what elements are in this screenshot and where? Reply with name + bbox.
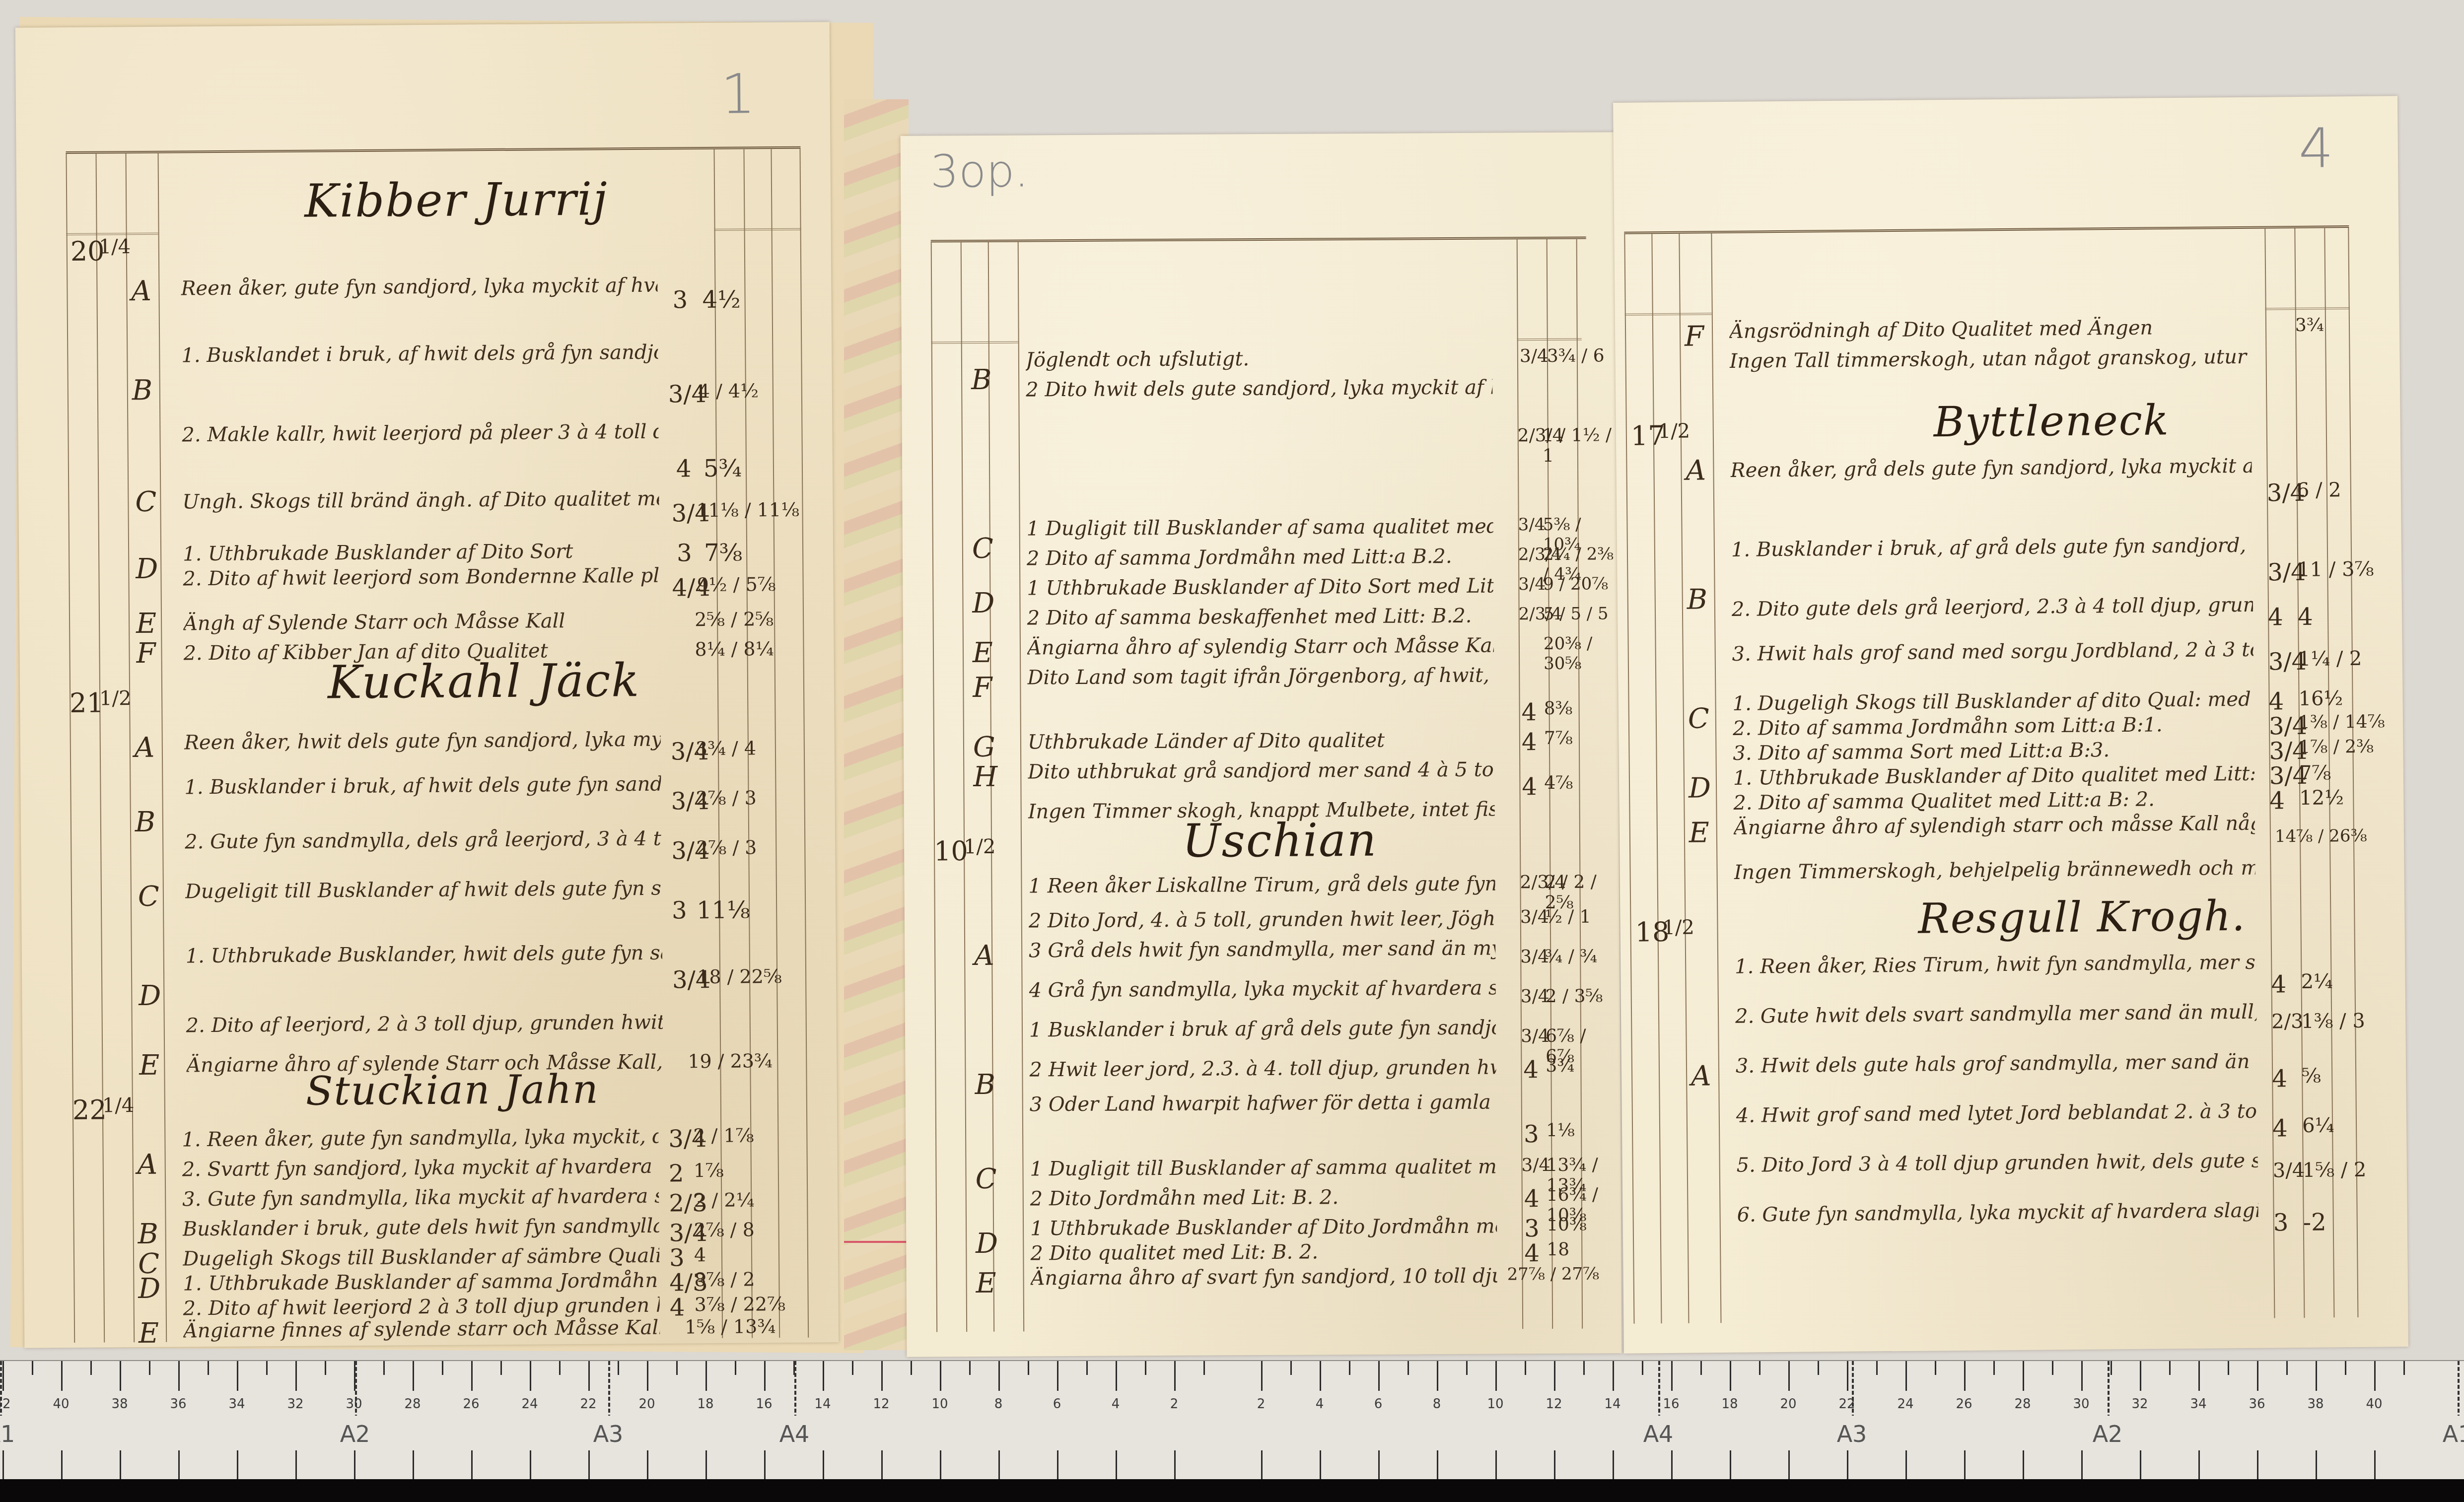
entry-text: 1 Dugligit till Busklander af samma qual… — [1030, 1156, 1496, 1181]
paper-size-mark — [1658, 1361, 1660, 1416]
entry-text: 2 Hwit leer jord, 2.3. à 4. toll djup, g… — [1029, 1056, 1496, 1082]
ruler-tick — [1905, 1361, 1907, 1391]
ruler-tick-label: 4 — [1112, 1397, 1120, 1412]
entry-text: 1 Reen åker Liskallne Tirum, grå dels gu… — [1028, 873, 1495, 898]
ruler-tick — [559, 1361, 561, 1375]
ruler-tick-label: 16 — [756, 1397, 772, 1412]
area-value: 4½ — [702, 286, 740, 314]
ledger-page-middle: 3op. B Jöglendt och ufslutigt. 3/4 3¾ / … — [901, 132, 1622, 1357]
ruler-tick — [705, 1361, 707, 1391]
area-value: 18 — [1547, 1239, 1569, 1260]
litt-letter: A — [1691, 1060, 1711, 1092]
ruler-tick — [1290, 1361, 1292, 1375]
ruler-tick-label: 8 — [994, 1397, 1003, 1412]
ruler-tick — [32, 1361, 33, 1375]
area-value: 10⅜ — [1547, 1215, 1587, 1235]
area-value: 3¾ / 4 — [696, 737, 756, 759]
ruler-tick-label: 30 — [346, 1397, 362, 1412]
ruler-tick — [2198, 1361, 2200, 1391]
paper-size-label: A4 — [779, 1421, 810, 1447]
ruler-tick — [1935, 1361, 1936, 1375]
grade-value: 4 — [2272, 1114, 2288, 1142]
area-value: 4 — [694, 1244, 706, 1266]
ruler-tick — [266, 1361, 268, 1375]
ruler-tick — [1261, 1450, 1263, 1480]
paper-size-mark — [1852, 1361, 1854, 1416]
area-value: 11⅛ — [697, 896, 750, 924]
ruler-tick — [1057, 1361, 1058, 1391]
litt-letter: D — [972, 587, 994, 619]
ruler-tick — [1525, 1361, 1526, 1375]
grade-value: 3 — [672, 286, 688, 314]
paper-size-label: A3 — [1837, 1421, 1867, 1447]
ruler-tick — [237, 1361, 238, 1391]
ruler-tick — [2316, 1450, 2317, 1480]
litt-letter: A — [131, 275, 151, 307]
area-value: 2 / 3⅝ — [1546, 986, 1603, 1007]
section-heading: Uschian — [1182, 814, 1378, 868]
parcel-number: 21 — [70, 687, 104, 719]
parcel-number: 22 — [72, 1094, 107, 1126]
parcel-fraction: 1/2 — [964, 835, 996, 858]
ruler-tick — [1320, 1361, 1321, 1391]
ruler-tick — [2, 1450, 4, 1480]
ruler-tick-label: 34 — [2190, 1397, 2206, 1412]
ruler-tick — [2111, 1361, 2112, 1375]
ruler-tick — [1993, 1361, 1995, 1375]
area-value: ½ / 1 — [1545, 907, 1591, 927]
litt-letter: C — [138, 881, 159, 913]
grade-value: 2 — [669, 1160, 684, 1187]
area-value: 9½ / 5⅞ — [697, 573, 775, 596]
area-value: 1 / 1½ / 1 — [1543, 425, 1617, 466]
area-value: 2 / 1⅞ — [693, 1124, 754, 1147]
grade-value: 3 — [672, 896, 687, 924]
ruler-tick-label: 22 — [580, 1397, 596, 1412]
area-value: 9 / 20⅞ — [1543, 574, 1608, 594]
entry-text: 2 Dito af samma Jordmåhn med Litt:a B.2. — [1027, 545, 1493, 570]
ruler-tick-label: 12 — [873, 1397, 889, 1412]
grade-value: 4 — [1523, 1056, 1539, 1084]
litt-letter: B — [975, 1069, 995, 1101]
ruler-tick — [881, 1450, 883, 1480]
entry-text: 3. Hwit hals grof sand med sorgu Jordbla… — [1732, 638, 2253, 666]
entry-text: 1 Busklander i bruk af grå dels gute fyn… — [1029, 1017, 1496, 1042]
entry-text: Reen åker, hwit dels gute fyn sandjord, … — [184, 728, 661, 754]
ruler-tick — [1788, 1361, 1790, 1391]
section-heading: Kibber Jurrij — [304, 172, 608, 227]
area-value: 1⅛ — [1546, 1120, 1575, 1141]
ruler-tick — [61, 1361, 63, 1391]
scanner-edge — [0, 1479, 2464, 1502]
litt-letter: E — [973, 637, 993, 669]
entry-text: 5. Dito Jord 3 à 4 toll djup grunden hwi… — [1737, 1150, 2258, 1177]
ruler-tick — [823, 1450, 824, 1480]
map-border-line — [844, 1241, 909, 1243]
ruler-tick — [705, 1450, 707, 1480]
ruler-tick — [969, 1361, 971, 1375]
area-value: 2¼ — [2301, 970, 2333, 993]
area-value: 2⅝ / 2⅝ — [695, 608, 774, 630]
paper-size-label: A4 — [1643, 1421, 1674, 1447]
section-heading: Byttleneck — [1933, 396, 2170, 446]
entry-text: 1. Dugeligh Skogs till Busklander af dit… — [1732, 688, 2253, 715]
ruler-tick — [588, 1361, 590, 1391]
area-value: ¾ / ¾ — [1545, 946, 1597, 967]
pencil-page-number: 3op. — [930, 145, 1029, 198]
litt-letter: F — [136, 637, 155, 670]
ruler-tick-label: 38 — [111, 1397, 128, 1412]
ruler-tick — [940, 1361, 941, 1391]
litt-letter: D — [976, 1228, 998, 1260]
ruler-tick-label: 24 — [521, 1397, 538, 1412]
grade-value: 3 — [2273, 1209, 2289, 1236]
ruler-tick — [383, 1361, 385, 1375]
ruler-tick — [823, 1361, 824, 1391]
area-value: 2⅞ / 3 — [696, 836, 757, 859]
entry-text: 1. Uthbrukade Busklander af Dito qualite… — [1733, 762, 2254, 790]
ruler-tick — [120, 1450, 121, 1480]
ruler-tick — [1730, 1361, 1731, 1391]
litt-letter: B — [1687, 583, 1707, 615]
ruler-tick — [295, 1361, 297, 1391]
grade-value: 3 — [677, 539, 692, 567]
area-value: 7⅞ — [1544, 728, 1573, 749]
ruler-tick — [442, 1361, 443, 1375]
ruler-tick — [1378, 1361, 1380, 1391]
entry-text: 3. Dito af samma Sort med Litt:a B:3. — [1733, 738, 2254, 765]
ruler-tick-label: 34 — [228, 1397, 245, 1412]
litt-letter: E — [976, 1267, 996, 1299]
ruler-tick — [2286, 1361, 2288, 1375]
ruler-tick — [2374, 1450, 2376, 1480]
ruler-tick — [1671, 1450, 1673, 1480]
litt-letter: C — [1688, 702, 1709, 735]
parcel-fraction: 1/2 — [1658, 420, 1690, 443]
parcel-fraction: 1/2 — [1662, 916, 1694, 940]
grade-value: 4 — [2268, 603, 2283, 631]
litt-letter: C — [972, 533, 993, 565]
ruler-tick — [1145, 1361, 1146, 1375]
pencil-page-number: 1 — [720, 62, 756, 126]
grade-value: 4 — [2272, 1065, 2287, 1092]
ruler-tick — [852, 1361, 853, 1375]
ruler-tick — [1964, 1361, 1966, 1391]
ruler-tick — [1437, 1361, 1438, 1391]
ruler-tick — [1788, 1450, 1790, 1480]
grade-value: 4 — [676, 455, 692, 482]
ruler-tick — [2081, 1450, 2083, 1480]
area-value: 4⅞ — [1544, 773, 1573, 793]
entry-text: 2 Dito qualitet med Lit: B. 2. — [1030, 1240, 1497, 1265]
ruler-tick — [2316, 1361, 2317, 1391]
entry-text: 2. Gute hwit dels svart sandmylla mer sa… — [1735, 1001, 2256, 1028]
ruler-tick — [2257, 1450, 2258, 1480]
paper-size-mark — [2458, 1361, 2460, 1416]
area-value: -2 — [2303, 1208, 2326, 1236]
ruler-tick-label: 30 — [2073, 1397, 2089, 1412]
ruler-tick — [1320, 1450, 1321, 1480]
entry-text: 1 Dugligit till Busklander af sama quali… — [1027, 515, 1493, 541]
entry-text: 2. Dito gute dels grå leerjord, 2.3 à 4 … — [1732, 594, 2253, 621]
paper-size-mark — [608, 1361, 610, 1416]
ruler-tick — [208, 1361, 209, 1375]
paper-size-label: A1 — [0, 1421, 15, 1447]
entry-text: Busklander i bruk, gute dels hwit fyn sa… — [182, 1215, 659, 1241]
entry-text: Ängh af Sylende Starr och Måsse Kall — [183, 609, 660, 635]
ruler-tick — [2023, 1361, 2024, 1391]
ruler-tick — [2198, 1450, 2200, 1480]
ruler-tick — [2228, 1361, 2229, 1375]
area-value: 1⅜ / 3 — [2301, 1010, 2365, 1033]
litt-letter: A — [974, 940, 994, 972]
ruler-tick — [1876, 1361, 1878, 1375]
ruler-tick — [2140, 1450, 2141, 1480]
grade-value: 4 — [1522, 698, 1537, 726]
ruler-tick — [676, 1361, 678, 1375]
ruler-tick — [2169, 1361, 2171, 1375]
entry-text: 1 Uthbrukade Busklander af Dito Sort med… — [1027, 575, 1493, 600]
litt-letter: E — [1689, 817, 1709, 849]
area-value: 4 / 4½ — [698, 380, 759, 402]
entry-text: Dugeligh Skogs till Busklander af sämbre… — [183, 1244, 659, 1271]
litt-letter: D — [136, 553, 158, 585]
parcel-number: 10 — [934, 835, 968, 867]
parcel-fraction: 1/4 — [102, 1094, 135, 1117]
ruler-tick — [1466, 1361, 1468, 1375]
ledger-page-right: 4 F Ängsrödningh af Dito Qualitet med Än… — [1613, 96, 2408, 1354]
ruler-tick — [1174, 1450, 1176, 1480]
grade-value: 3/4 — [2273, 1159, 2305, 1182]
ruler-tick — [2345, 1361, 2346, 1375]
ruler-tick — [2403, 1361, 2405, 1375]
entry-text: 2. Svartt fyn sandjord, lyka myckit af h… — [182, 1155, 659, 1181]
grade-value: 3 — [1524, 1120, 1539, 1148]
area-value: 3¾ — [1546, 1056, 1574, 1076]
area-value: 18 / 22⅝ — [697, 965, 782, 988]
entry-text: Ängiarne åhro af sylendigh starr och mås… — [1734, 812, 2255, 839]
area-value: 1⅞ — [694, 1160, 724, 1181]
ruler-tick-label: 40 — [53, 1397, 69, 1412]
ruler-tick-label: 24 — [1897, 1397, 1913, 1412]
ruler-tick — [1028, 1361, 1029, 1375]
entry-text: Ungh. Skogs till bränd ängh. af Dito qua… — [182, 487, 659, 514]
ruler-tick-label: 10 — [931, 1397, 948, 1412]
entry-text: Dugeligit till Busklander af hwit dels g… — [185, 877, 662, 903]
grade-value: 3/4 — [1518, 574, 1546, 594]
ruler-tick-label: 28 — [2014, 1397, 2031, 1412]
ruler-tick — [295, 1450, 297, 1480]
entry-text: 4. Hwit grof sand med lytet Jord bebland… — [1736, 1100, 2257, 1127]
area-value: 1⅝ / 13¾ — [685, 1315, 775, 1338]
section-note: Ingen Tall timmerskogh, utan något grans… — [1729, 345, 2251, 373]
entry-text: 2. Dito af samma Qualitet med Litt:a B: … — [1733, 787, 2254, 815]
area-value: 8⅞ / 2 — [694, 1268, 755, 1291]
litt-letter: F — [1685, 320, 1704, 352]
ruler-tick — [1730, 1450, 1731, 1480]
ruler-tick-label: 32 — [2131, 1397, 2148, 1412]
ruler-tick-label: 8 — [1433, 1397, 1441, 1412]
parcel-fraction: 1/2 — [99, 687, 132, 710]
area-value: 8⅜ — [1544, 698, 1573, 719]
area-value: 6¼ — [2302, 1114, 2334, 1137]
entry-text: 1. Busklandet i bruk, af hwit dels grå f… — [181, 341, 658, 367]
ruler-tick-label: 36 — [170, 1397, 186, 1412]
ruler-tick — [178, 1450, 180, 1480]
ruler-tick-label: 14 — [1604, 1397, 1620, 1412]
ruler-tick — [61, 1450, 63, 1480]
ruler-tick — [1349, 1361, 1350, 1375]
entry-text: 3. Gute fyn sandmylla, lika myckit af hv… — [182, 1185, 659, 1211]
section-heading: Resgull Krogh. — [1918, 891, 2246, 943]
area-value: 1⅜ / 14⅞ — [2299, 711, 2385, 733]
paper-size-mark — [0, 1361, 2, 1416]
ruler-tick — [588, 1450, 590, 1480]
ruler-tick — [1905, 1450, 1907, 1480]
ruler-tick — [1583, 1361, 1585, 1375]
ruler-tick — [471, 1361, 473, 1391]
entry-text: 1. Busklander i bruk, af hwit dels gute … — [184, 773, 661, 799]
entry-text: Dito Land som tagit ifrån Jörgenborg, af… — [1027, 664, 1494, 689]
entry-text: Uthbrukade Länder af Dito qualitet — [1028, 729, 1494, 754]
entry-text: 2 Dito hwit dels gute sandjord, lyka myc… — [1026, 376, 1492, 402]
ruler-tick — [1964, 1450, 1966, 1480]
entry-text: Dito uthbrukat grå sandjord mer sand 4 à… — [1028, 758, 1494, 784]
litt-letter: H — [973, 761, 997, 793]
ruler-tick — [1408, 1361, 1409, 1375]
area-value: 7⅜ — [704, 539, 742, 567]
ruler-tick — [413, 1450, 414, 1480]
ruler-tick — [735, 1361, 736, 1375]
ruler-tick — [2081, 1361, 2083, 1391]
ruler-tick-label: 14 — [814, 1397, 831, 1412]
ruler-tick — [940, 1450, 941, 1480]
ruler-tick-label: 6 — [1053, 1397, 1061, 1412]
entry-text: 1. Reen åker, Ries Tirum, hwit fyn sandm… — [1735, 951, 2256, 978]
entry-text: 6. Gute fyn sandmylla, lyka myckit af hv… — [1737, 1199, 2258, 1227]
ruler-tick — [1174, 1361, 1176, 1391]
litt-letter: C — [975, 1163, 996, 1195]
grade-value: 4 — [1522, 728, 1537, 756]
ruler-tick — [325, 1361, 326, 1375]
ruler-tick — [1554, 1361, 1555, 1391]
entry-text: 1. Reen åker, gute fyn sandmylla, lyka m… — [182, 1125, 658, 1152]
map-fragment-between-pages — [844, 99, 909, 1350]
litt-letter: B — [135, 806, 156, 838]
ruler-tick — [1437, 1450, 1438, 1480]
section-heading: Kuckahl Jäck — [328, 654, 640, 709]
area-value: 2⅞ / 8 — [694, 1219, 755, 1241]
entry-text: 2 Dito af samma beskaffenhet med Litt: B… — [1027, 605, 1494, 630]
area-value: 3¾ / 6 — [1547, 345, 1605, 366]
paper-size-label: A1 — [2443, 1421, 2464, 1447]
litt-letter: F — [973, 672, 992, 704]
ruler-tick — [618, 1361, 619, 1375]
entry-text: 1. Uthbrukade Busklander af samma Jordmå… — [183, 1269, 659, 1296]
entry-text: Ängiarna åhro af sylendig Starr och Måss… — [1027, 634, 1494, 660]
grade-value: 4 — [1524, 1239, 1540, 1267]
area-value: 14⅞ / 26⅜ — [2275, 826, 2367, 847]
ruler-tick — [90, 1361, 92, 1375]
ruler-tick-label: 40 — [2366, 1397, 2382, 1412]
entry-text: Jöglendt och ufslutigt. — [1026, 346, 1492, 372]
grade-value: 3 — [669, 1244, 685, 1272]
ruler-tick — [1642, 1361, 1643, 1375]
ruler-tick-label: 18 — [697, 1397, 713, 1412]
grade-value: 4 — [2269, 787, 2285, 815]
ruler-tick — [881, 1361, 883, 1391]
area-value: 6 / 2 — [2297, 478, 2341, 502]
ruler-tick-label: 18 — [1721, 1397, 1738, 1412]
ruler-tick — [1847, 1450, 1848, 1480]
entry-text: 3. Hwit dels gute hals grof sandmylla, m… — [1736, 1050, 2257, 1078]
entry-text: 2. Dito af hwit leerjord som Bondernne K… — [183, 564, 659, 591]
ruler-tick — [1759, 1361, 1760, 1375]
entry-text: 2 Dito Jordmåhn med Lit: B. 2. — [1030, 1185, 1497, 1211]
ruler-tick — [1671, 1361, 1673, 1391]
area-value: 3⅞ / 22⅞ — [695, 1293, 785, 1315]
litt-letter: C — [135, 486, 156, 518]
ruler-tick-label: 4 — [1316, 1397, 1324, 1412]
entry-text: 2. Dito af leerjord, 2 à 3 toll djup, gr… — [186, 1011, 663, 1037]
ruler-tick-label: 38 — [2307, 1397, 2323, 1412]
ruler-tick — [1116, 1450, 1117, 1480]
entry-text: 2. Makle kallr, hwit leerjord på pleer 3… — [182, 420, 658, 447]
ruler-tick — [1613, 1361, 1614, 1391]
entry-text: 1. Uthbrukade Busklander af Dito Sort — [183, 540, 659, 566]
area-value: 20⅜ / 30⅝ — [1544, 633, 1618, 674]
paper-size-mark — [355, 1361, 357, 1416]
ruler-tick — [764, 1450, 766, 1480]
litt-letter: D — [139, 980, 161, 1012]
litt-letter: D — [1689, 772, 1711, 804]
litt-letter: E — [139, 1049, 159, 1082]
area-value: 1⅝ / 2 — [2303, 1159, 2367, 1182]
ruler-tick — [2140, 1361, 2141, 1391]
ruler-tick — [2374, 1361, 2376, 1391]
litt-letter: A — [1686, 454, 1706, 486]
ruler-tick — [1554, 1450, 1555, 1480]
ruler-tick — [237, 1450, 238, 1480]
ruler-tick — [1495, 1450, 1497, 1480]
ruler-tick — [647, 1361, 648, 1391]
ruler-tick — [2, 1361, 4, 1391]
entry-text: Ängiarna åhro af svart fyn sandjord, 10 … — [1031, 1265, 1497, 1290]
litt-letter: B — [971, 364, 991, 396]
litt-letter: G — [973, 731, 995, 763]
ruler-tick — [354, 1450, 355, 1480]
ruler-tick — [149, 1361, 150, 1375]
ruler-tick — [1847, 1361, 1848, 1391]
grade-value: 3 — [1524, 1215, 1540, 1242]
area-value: 11 / 3⅞ — [2297, 558, 2374, 581]
ruler-tick-label: 12 — [1546, 1397, 1562, 1412]
grade-value: 3/4 — [1518, 515, 1546, 535]
section-heading: Stuckian Jahn — [305, 1066, 599, 1114]
ruler-tick — [1203, 1361, 1205, 1375]
entry-text: 1. Busklander i bruk, af grå dels gute f… — [1731, 534, 2253, 561]
ruler-tick — [1378, 1450, 1380, 1480]
area-value: ⅝ — [2302, 1065, 2321, 1088]
paper-size-label: A2 — [2093, 1421, 2123, 1447]
entry-text: 1 Uthbrukade Busklander af Dito Jordmåhn… — [1030, 1215, 1497, 1240]
entry-text: 3 Grå dels hwit fyn sandmylla, mer sand … — [1029, 937, 1495, 962]
area-value: 19 / 23¾ — [688, 1050, 773, 1072]
ruler-tick — [1261, 1361, 1263, 1391]
entry-text: 2. Dito af samma Jordmåhn som Litt:a B:1… — [1733, 713, 2254, 740]
area-value: 5 / 5 / 5 — [1544, 604, 1609, 624]
paper-size-label: A2 — [340, 1421, 370, 1447]
